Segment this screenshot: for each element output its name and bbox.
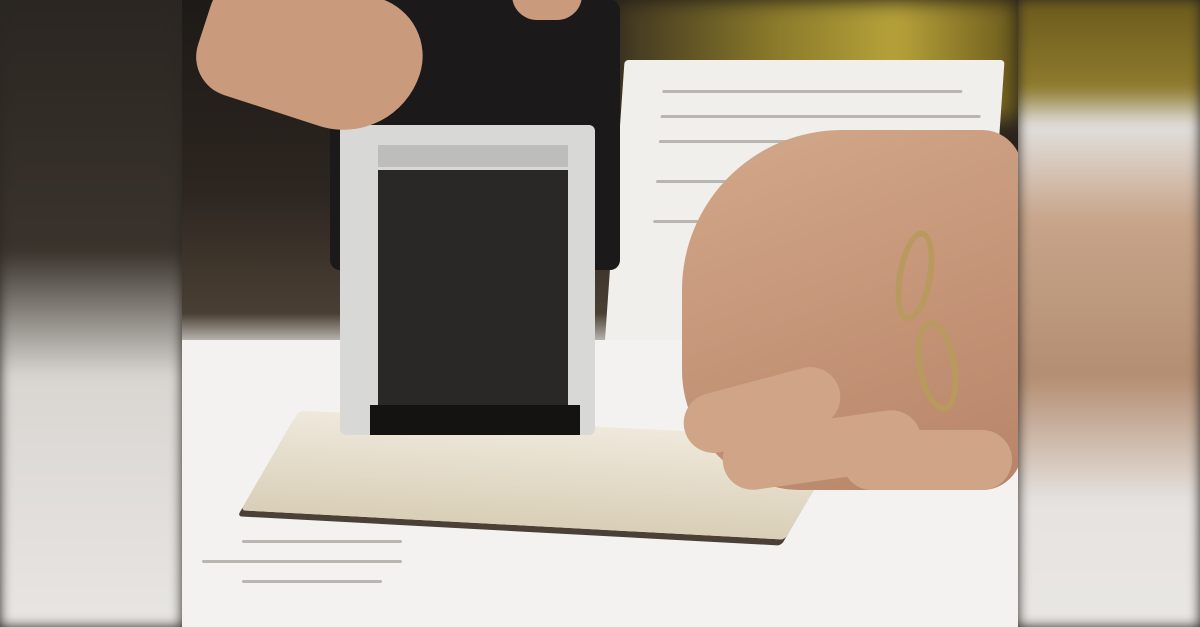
photo-scene	[182, 0, 1018, 627]
finger	[842, 430, 1012, 490]
blurred-left-edge	[0, 0, 182, 627]
blurred-right-edge	[1018, 0, 1200, 627]
